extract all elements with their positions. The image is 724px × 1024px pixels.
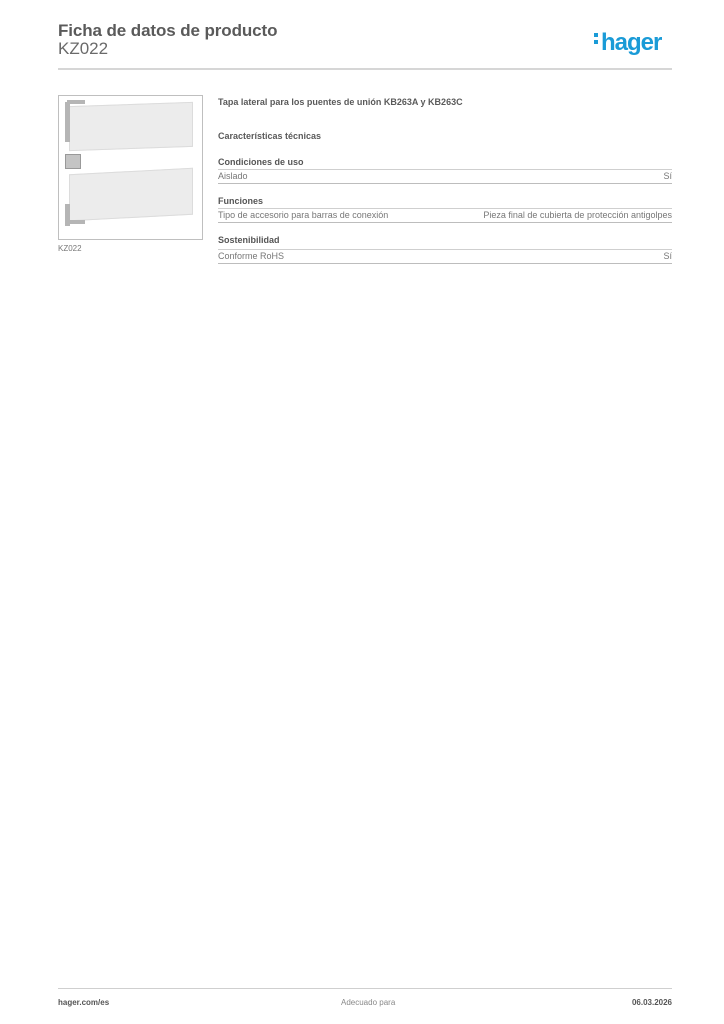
group-title: Sostenibilidad xyxy=(218,234,672,250)
table-row: Conforme RoHS Sí xyxy=(218,250,672,264)
cover-panel-top xyxy=(69,102,193,151)
product-description: Tapa lateral para los puentes de unión K… xyxy=(218,97,463,107)
characteristics-heading: Características técnicas xyxy=(218,131,321,141)
hager-logo: hager xyxy=(594,29,661,57)
row-label: Aislado xyxy=(218,170,248,183)
connector-piece-icon xyxy=(65,154,81,169)
group-sostenibilidad: Sostenibilidad Conforme RoHS Sí xyxy=(218,234,672,264)
logo-text: hager xyxy=(601,29,661,56)
row-value: Sí xyxy=(663,170,672,183)
product-image xyxy=(58,95,203,240)
footer-suitable-for: Adecuado para xyxy=(341,998,395,1007)
table-row: Aislado Sí xyxy=(218,170,672,184)
row-value: Sí xyxy=(663,250,672,263)
group-condiciones-de-uso: Condiciones de uso Aislado Sí xyxy=(218,156,672,184)
row-label: Tipo de accesorio para barras de conexió… xyxy=(218,209,388,222)
group-funciones: Funciones Tipo de accesorio para barras … xyxy=(218,195,672,223)
product-code: KZ022 xyxy=(58,39,108,59)
table-row: Tipo de accesorio para barras de conexió… xyxy=(218,209,672,223)
footer-website-link[interactable]: hager.com/es xyxy=(58,998,109,1007)
cover-panel-bottom xyxy=(69,168,193,221)
row-label: Conforme RoHS xyxy=(218,250,284,263)
group-title: Condiciones de uso xyxy=(218,156,672,170)
group-title: Funciones xyxy=(218,195,672,209)
clip-top-icon xyxy=(65,102,70,142)
image-caption: KZ022 xyxy=(58,244,82,253)
page-title: Ficha de datos de producto xyxy=(58,21,277,41)
row-value: Pieza final de cubierta de protección an… xyxy=(483,209,672,222)
clip-bottom-bar xyxy=(67,220,85,224)
footer-divider xyxy=(58,988,672,989)
clip-top-bar xyxy=(67,100,85,104)
logo-colon-icon xyxy=(594,33,598,47)
header-divider xyxy=(58,68,672,70)
footer-date: 06.03.2026 xyxy=(632,998,672,1007)
